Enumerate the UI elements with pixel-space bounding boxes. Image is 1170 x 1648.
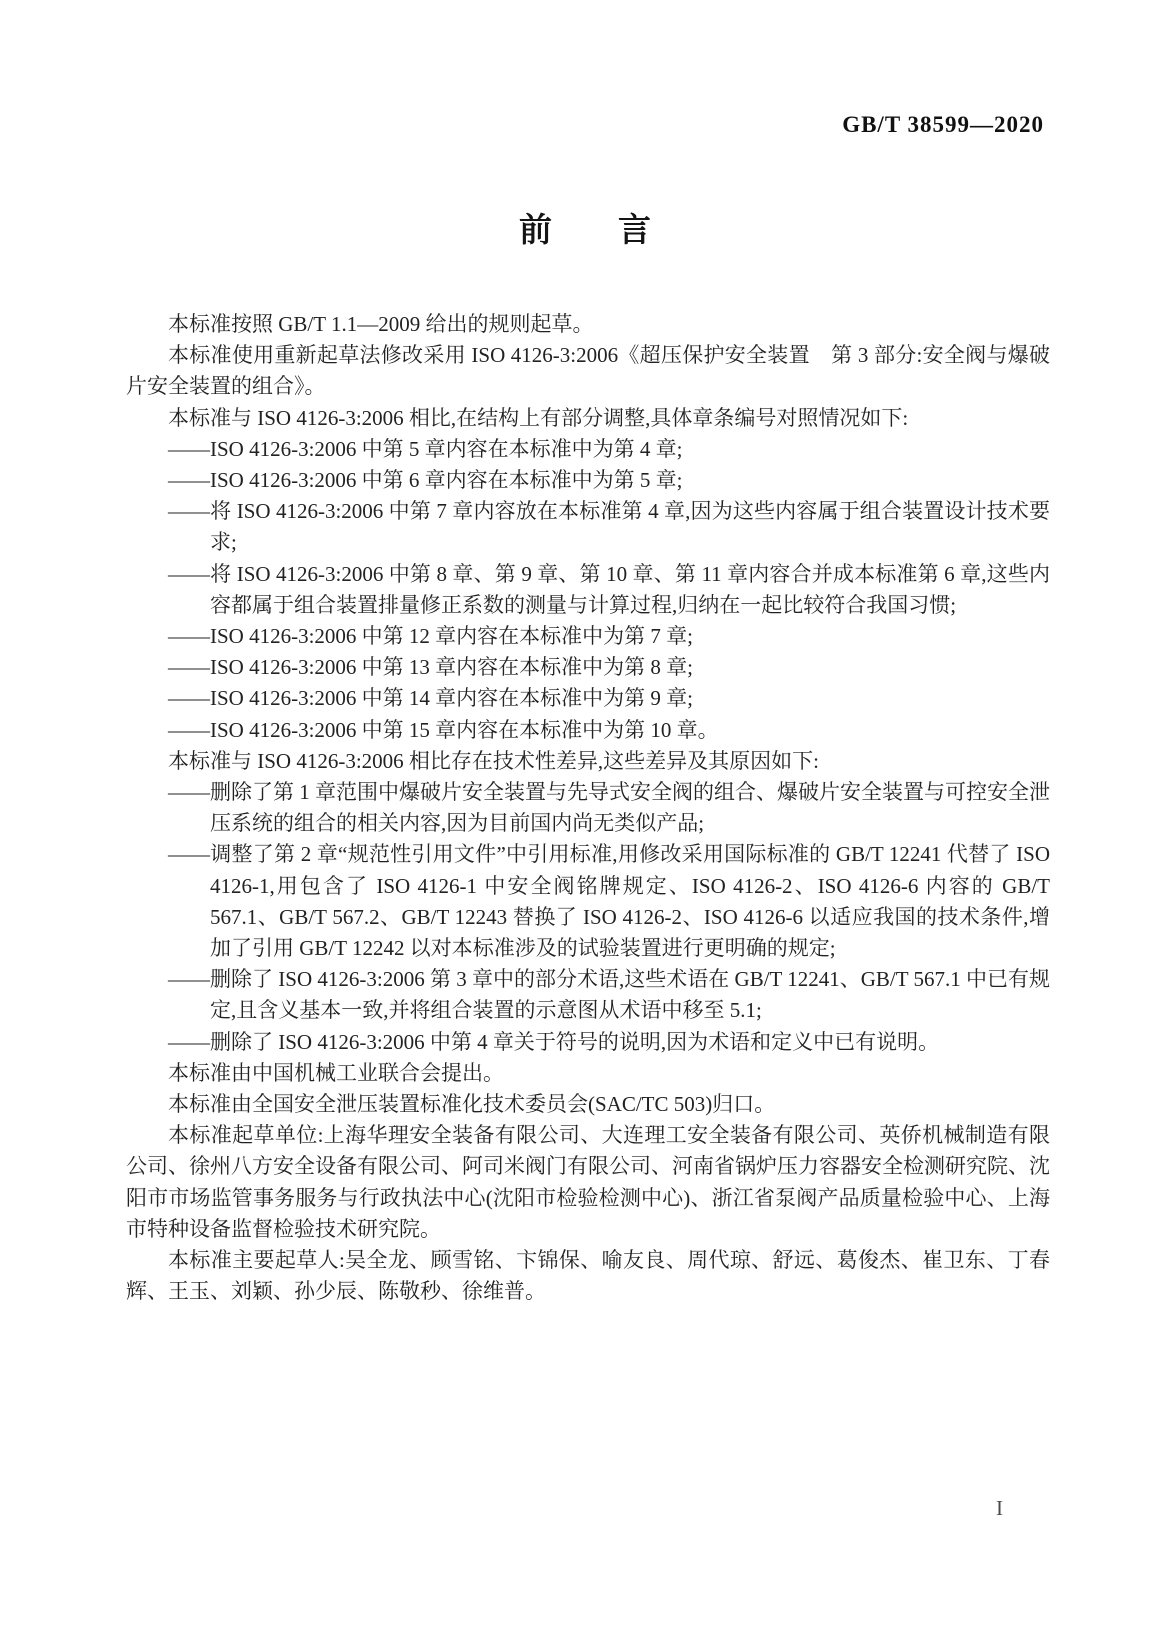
list-item: ——将 ISO 4126-3:2006 中第 7 章内容放在本标准第 4 章,因…: [126, 496, 1050, 558]
list-item: ——ISO 4126-3:2006 中第 13 章内容在本标准中为第 8 章;: [126, 652, 1050, 683]
paragraph: 本标准与 ISO 4126-3:2006 相比,在结构上有部分调整,具体章条编号…: [126, 403, 1050, 434]
list-item: ——ISO 4126-3:2006 中第 14 章内容在本标准中为第 9 章;: [126, 683, 1050, 714]
list-item: ——将 ISO 4126-3:2006 中第 8 章、第 9 章、第 10 章、…: [126, 559, 1050, 621]
paragraph: 本标准使用重新起草法修改采用 ISO 4126-3:2006《超压保护安全装置 …: [126, 340, 1050, 402]
foreword-body: 本标准按照 GB/T 1.1—2009 给出的规则起草。 本标准使用重新起草法修…: [126, 309, 1050, 1308]
list-item: ——删除了 ISO 4126-3:2006 第 3 章中的部分术语,这些术语在 …: [126, 964, 1050, 1026]
list-item: ——删除了第 1 章范围中爆破片安全装置与先导式安全阀的组合、爆破片安全装置与可…: [126, 777, 1050, 839]
list-item: ——ISO 4126-3:2006 中第 5 章内容在本标准中为第 4 章;: [126, 434, 1050, 465]
list-item: ——ISO 4126-3:2006 中第 12 章内容在本标准中为第 7 章;: [126, 621, 1050, 652]
list-item: ——ISO 4126-3:2006 中第 6 章内容在本标准中为第 5 章;: [126, 465, 1050, 496]
paragraph: 本标准主要起草人:吴全龙、顾雪铭、卞锦保、喻友良、周代琼、舒远、葛俊杰、崔卫东、…: [126, 1245, 1050, 1307]
list-item: ——调整了第 2 章“规范性引用文件”中引用标准,用修改采用国际标准的 GB/T…: [126, 839, 1050, 964]
standard-document-page: GB/T 38599—2020 前 言 本标准按照 GB/T 1.1—2009 …: [0, 0, 1170, 1648]
paragraph: 本标准与 ISO 4126-3:2006 相比存在技术性差异,这些差异及其原因如…: [126, 746, 1050, 777]
page-title: 前 言: [0, 204, 1170, 251]
paragraph: 本标准由中国机械工业联合会提出。: [126, 1058, 1050, 1089]
paragraph: 本标准起草单位:上海华理安全装备有限公司、大连理工安全装备有限公司、英侨机械制造…: [126, 1120, 1050, 1245]
paragraph: 本标准由全国安全泄压装置标准化技术委员会(SAC/TC 503)归口。: [126, 1089, 1050, 1120]
paragraph: 本标准按照 GB/T 1.1—2009 给出的规则起草。: [126, 309, 1050, 340]
page-number: I: [996, 1496, 1003, 1521]
list-item: ——ISO 4126-3:2006 中第 15 章内容在本标准中为第 10 章。: [126, 715, 1050, 746]
document-code: GB/T 38599—2020: [842, 112, 1044, 138]
list-item: ——删除了 ISO 4126-3:2006 中第 4 章关于符号的说明,因为术语…: [126, 1027, 1050, 1058]
